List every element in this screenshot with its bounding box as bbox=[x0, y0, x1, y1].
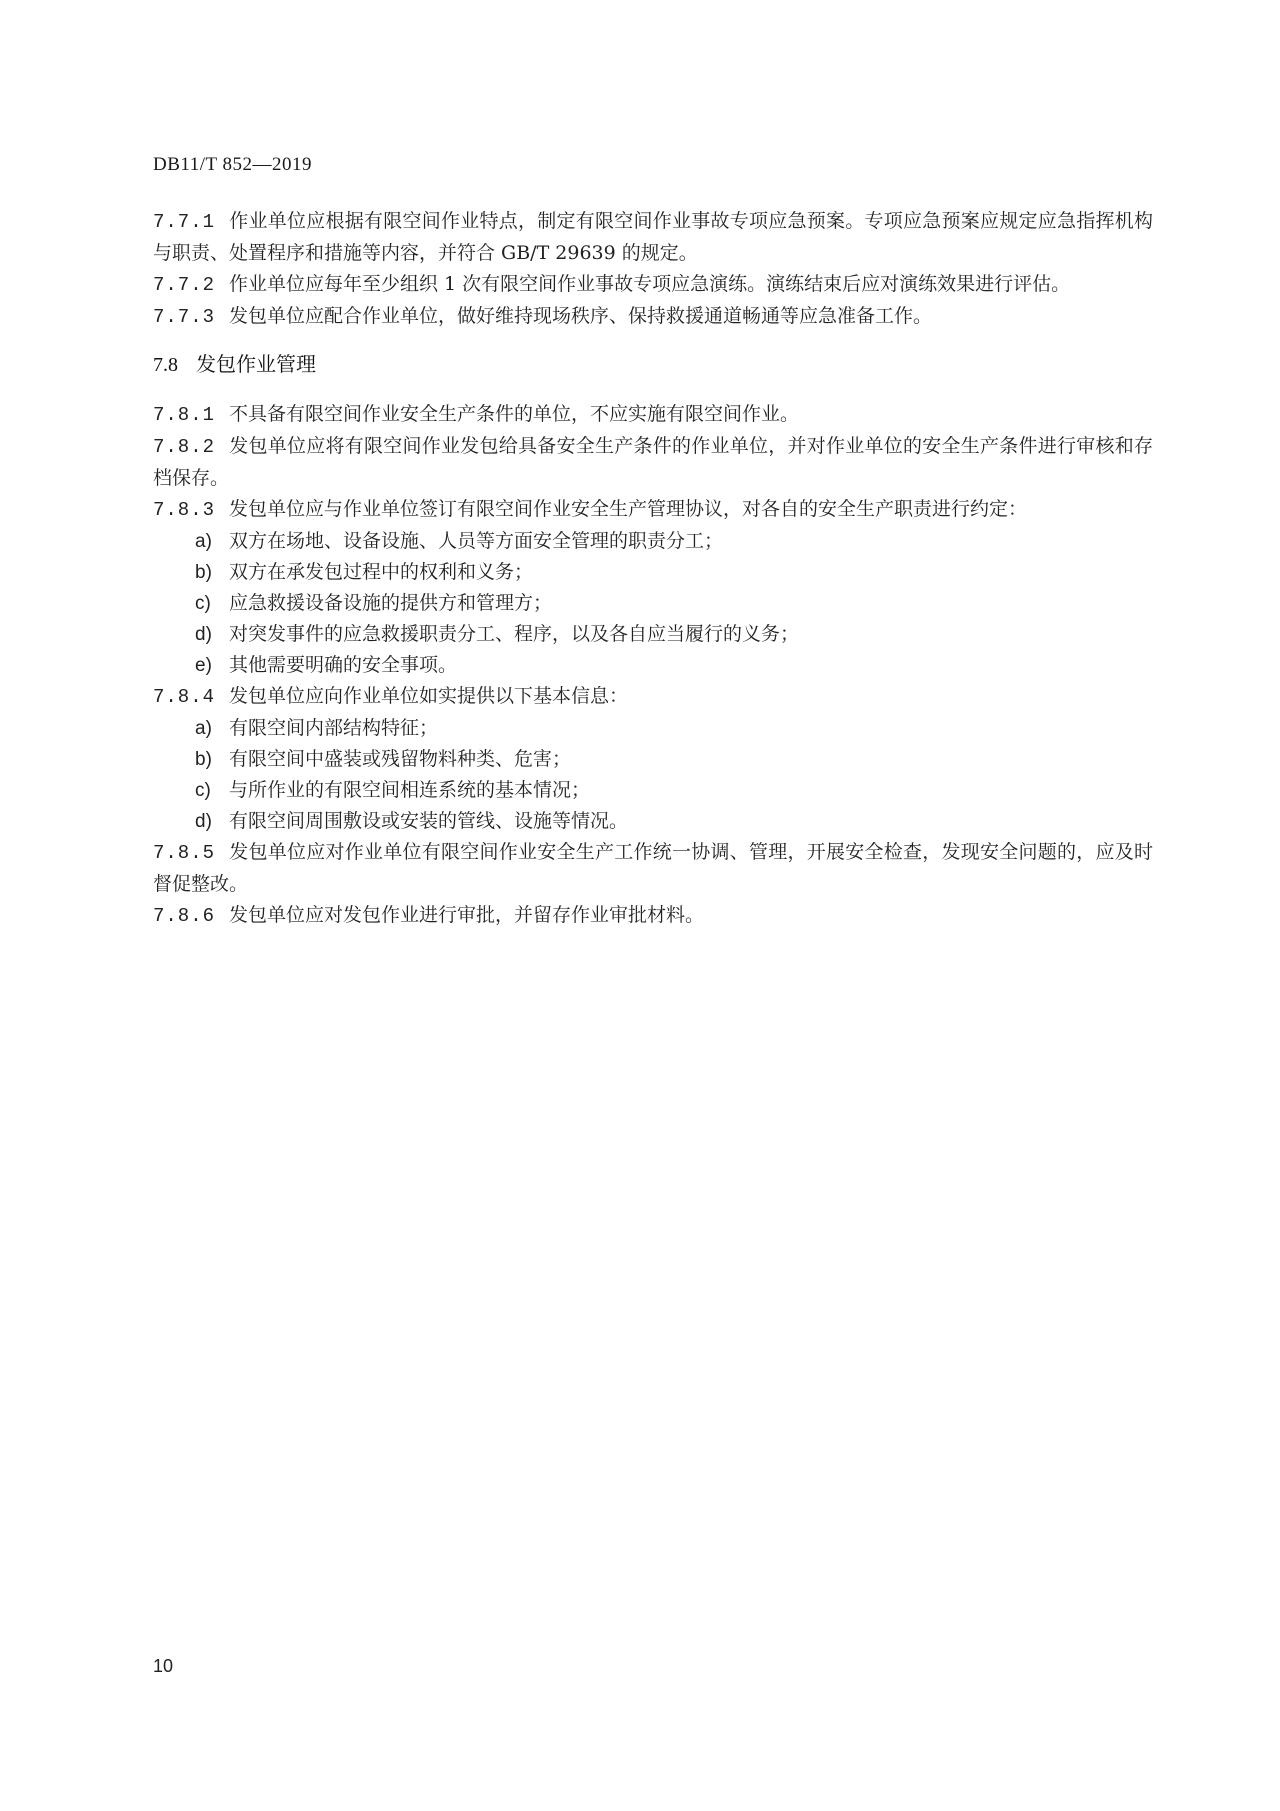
clause-7-8-1: 7.8.1不具备有限空间作业安全生产条件的单位，不应实施有限空间作业。 bbox=[153, 399, 1153, 431]
list-marker: c) bbox=[195, 588, 229, 619]
clause-number: 7.8.4 bbox=[153, 686, 215, 708]
standard-code-header: DB11/T 852—2019 bbox=[153, 154, 312, 176]
clause-text: 作业单位应根据有限空间作业特点，制定有限空间作业事故专项应急预案。专项应急预案应… bbox=[153, 210, 1153, 264]
list-item: a)双方在场地、设备设施、人员等方面安全管理的职责分工； bbox=[153, 526, 1153, 557]
document-body: 7.7.1作业单位应根据有限空间作业特点，制定有限空间作业事故专项应急预案。专项… bbox=[153, 206, 1153, 932]
clause-7-8-2: 7.8.2发包单位应将有限空间作业发包给具备安全生产条件的作业单位，并对作业单位… bbox=[153, 431, 1153, 494]
clause-text: 发包单位应将有限空间作业发包给具备安全生产条件的作业单位，并对作业单位的安全生产… bbox=[153, 435, 1153, 489]
list-item: b)双方在承发包过程中的权利和义务； bbox=[153, 557, 1153, 588]
list-item-text: 有限空间中盛装或残留物料种类、危害； bbox=[229, 748, 571, 770]
clause-7-8-5: 7.8.5发包单位应对作业单位有限空间作业安全生产工作统一协调、管理，开展安全检… bbox=[153, 837, 1153, 900]
section-heading-7-8: 7.8发包作业管理 bbox=[153, 349, 1153, 381]
list-marker: d) bbox=[195, 806, 229, 837]
section-title-text: 发包作业管理 bbox=[196, 352, 316, 376]
clause-number: 7.7.1 bbox=[153, 211, 215, 233]
list-item-text: 其他需要明确的安全事项。 bbox=[229, 654, 457, 676]
clause-number: 7.7.2 bbox=[153, 274, 215, 296]
list-marker: d) bbox=[195, 619, 229, 650]
clause-number: 7.8.3 bbox=[153, 499, 215, 521]
clause-text: 不具备有限空间作业安全生产条件的单位，不应实施有限空间作业。 bbox=[229, 403, 799, 425]
list-marker: a) bbox=[195, 713, 229, 744]
list-item-text: 双方在场地、设备设施、人员等方面安全管理的职责分工； bbox=[229, 530, 723, 552]
clause-text: 发包单位应配合作业单位，做好维持现场秩序、保持救援通道畅通等应急准备工作。 bbox=[229, 305, 932, 327]
list-item-text: 有限空间周围敷设或安装的管线、设施等情况。 bbox=[229, 810, 628, 832]
list-item: e)其他需要明确的安全事项。 bbox=[153, 650, 1153, 681]
clause-7-8-6: 7.8.6发包单位应对发包作业进行审批，并留存作业审批材料。 bbox=[153, 900, 1153, 932]
clause-text: 发包单位应与作业单位签订有限空间作业安全生产管理协议，对各自的安全生产职责进行约… bbox=[229, 498, 1027, 520]
clause-text: 发包单位应向作业单位如实提供以下基本信息： bbox=[229, 685, 628, 707]
document-page: DB11/T 852—2019 7.7.1作业单位应根据有限空间作业特点，制定有… bbox=[0, 0, 1280, 1811]
list-marker: b) bbox=[195, 557, 229, 588]
clause-number: 7.8.6 bbox=[153, 905, 215, 927]
list-item: c)应急救援设备设施的提供方和管理方； bbox=[153, 588, 1153, 619]
list-item: c)与所作业的有限空间相连系统的基本情况； bbox=[153, 775, 1153, 806]
list-item-text: 与所作业的有限空间相连系统的基本情况； bbox=[229, 779, 590, 801]
clause-text: 发包单位应对作业单位有限空间作业安全生产工作统一协调、管理，开展安全检查，发现安… bbox=[153, 841, 1153, 895]
clause-7-7-2: 7.7.2作业单位应每年至少组织 1 次有限空间作业事故专项应急演练。演练结束后… bbox=[153, 269, 1153, 301]
list-marker: a) bbox=[195, 526, 229, 557]
list-item-text: 对突发事件的应急救援职责分工、程序，以及各自应当履行的义务； bbox=[229, 623, 799, 645]
list-marker: e) bbox=[195, 650, 229, 681]
clause-7-8-4: 7.8.4发包单位应向作业单位如实提供以下基本信息： bbox=[153, 681, 1153, 713]
list-item: b)有限空间中盛装或残留物料种类、危害； bbox=[153, 744, 1153, 775]
list-item-text: 双方在承发包过程中的权利和义务； bbox=[229, 561, 533, 583]
clause-7-7-1: 7.7.1作业单位应根据有限空间作业特点，制定有限空间作业事故专项应急预案。专项… bbox=[153, 206, 1153, 269]
list-item-text: 有限空间内部结构特征； bbox=[229, 717, 438, 739]
list-marker: b) bbox=[195, 744, 229, 775]
clause-text: 作业单位应每年至少组织 1 次有限空间作业事故专项应急演练。演练结束后应对演练效… bbox=[229, 273, 1070, 295]
clause-7-8-3: 7.8.3发包单位应与作业单位签订有限空间作业安全生产管理协议，对各自的安全生产… bbox=[153, 494, 1153, 526]
page-number: 10 bbox=[153, 1656, 173, 1677]
list-item: d)有限空间周围敷设或安装的管线、设施等情况。 bbox=[153, 806, 1153, 837]
section-number: 7.8 bbox=[153, 354, 178, 376]
clause-number: 7.8.1 bbox=[153, 404, 215, 426]
clause-7-8-4-list: a)有限空间内部结构特征； b)有限空间中盛装或残留物料种类、危害； c)与所作… bbox=[153, 713, 1153, 837]
list-marker: c) bbox=[195, 775, 229, 806]
clause-number: 7.8.5 bbox=[153, 842, 215, 864]
list-item: d)对突发事件的应急救援职责分工、程序，以及各自应当履行的义务； bbox=[153, 619, 1153, 650]
list-item: a)有限空间内部结构特征； bbox=[153, 713, 1153, 744]
clause-number: 7.7.3 bbox=[153, 306, 215, 328]
clause-7-8-3-list: a)双方在场地、设备设施、人员等方面安全管理的职责分工； b)双方在承发包过程中… bbox=[153, 526, 1153, 681]
clause-text: 发包单位应对发包作业进行审批，并留存作业审批材料。 bbox=[229, 904, 704, 926]
clause-7-7-3: 7.7.3发包单位应配合作业单位，做好维持现场秩序、保持救援通道畅通等应急准备工… bbox=[153, 301, 1153, 333]
list-item-text: 应急救援设备设施的提供方和管理方； bbox=[229, 592, 552, 614]
clause-number: 7.8.2 bbox=[153, 436, 215, 458]
